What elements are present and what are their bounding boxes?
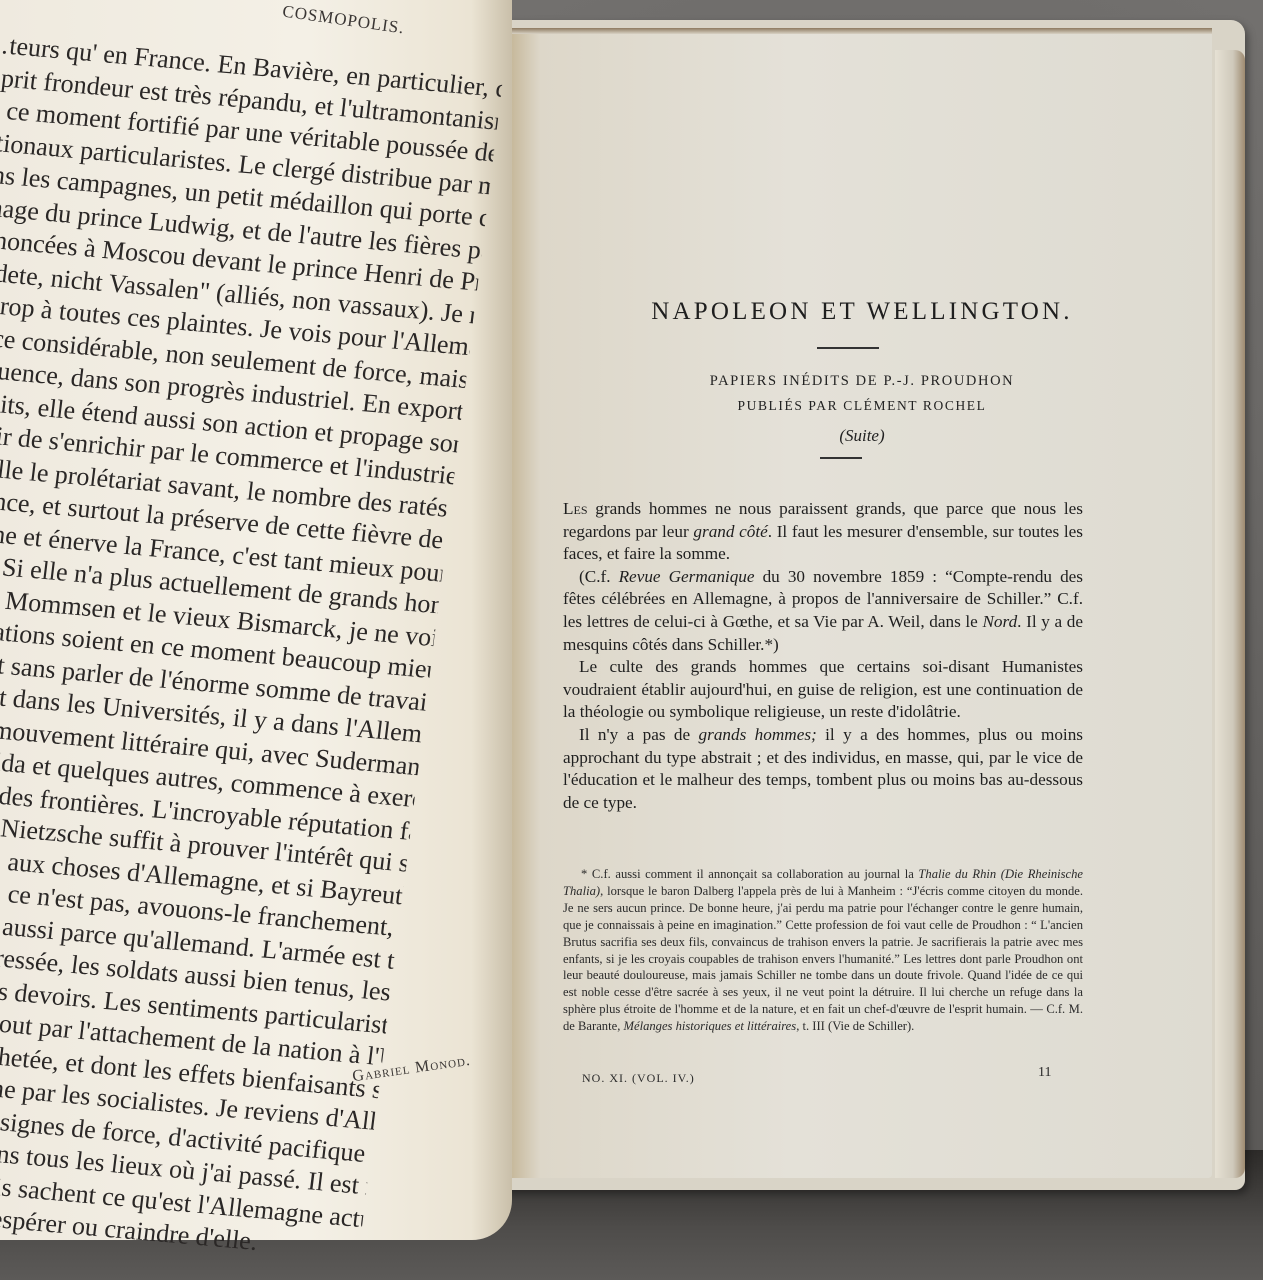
paragraph: Il n'y a pas de grands hommes; il y a de… xyxy=(563,724,1083,814)
emphasis: grands hommes; xyxy=(699,725,817,744)
article-title: NAPOLEON ET WELLINGTON. xyxy=(512,298,1212,326)
title-rule xyxy=(817,347,879,349)
emphasis: Revue Germanique xyxy=(619,567,755,586)
text: Le culte des grands hommes que certains … xyxy=(563,657,1083,721)
suite-label: (Suite) xyxy=(512,426,1212,446)
text: Il n'y a pas de xyxy=(579,725,699,744)
text: * C.f. aussi comment il annonçait sa col… xyxy=(581,867,918,881)
emphasis: Mélanges historiques et littéraires xyxy=(624,1019,797,1033)
text: , lorsque le baron Dalberg l'appela près… xyxy=(563,884,1083,1033)
emphasis: Nord xyxy=(982,612,1017,631)
paragraph: (C.f. Revue Germanique du 30 novembre 18… xyxy=(563,566,1083,656)
footnote: * C.f. aussi comment il annonçait sa col… xyxy=(563,866,1083,1035)
article-body: Les grands hommes ne nous paraissent gra… xyxy=(563,498,1083,814)
article-byline: Publiés par Clément Rochel xyxy=(512,398,1212,414)
page-number: 11 xyxy=(1038,1065,1051,1081)
left-page: COSMOPOLIS. …teurs qu' en France. En Bav… xyxy=(0,0,512,1240)
text: , t. III (Vie de Schiller). xyxy=(796,1019,914,1033)
left-page-text: …teurs qu' en France. En Bavière, en par… xyxy=(0,0,508,1267)
lead-word: Les xyxy=(563,499,588,518)
text: (C.f. xyxy=(579,567,619,586)
page-edges xyxy=(1215,50,1245,1178)
emphasis: grand côté xyxy=(693,522,767,541)
paragraph: Les grands hommes ne nous paraissent gra… xyxy=(563,498,1083,566)
issue-folio: NO. XI. (VOL. IV.) xyxy=(582,1071,695,1086)
suite-rule xyxy=(820,457,862,459)
article-subtitle: Papiers inédits de P.-J. Proudhon xyxy=(512,373,1212,390)
page-top-edge xyxy=(512,28,1212,34)
right-page: NAPOLEON ET WELLINGTON. Papiers inédits … xyxy=(512,28,1212,1178)
paragraph: Le culte des grands hommes que certains … xyxy=(563,656,1083,724)
